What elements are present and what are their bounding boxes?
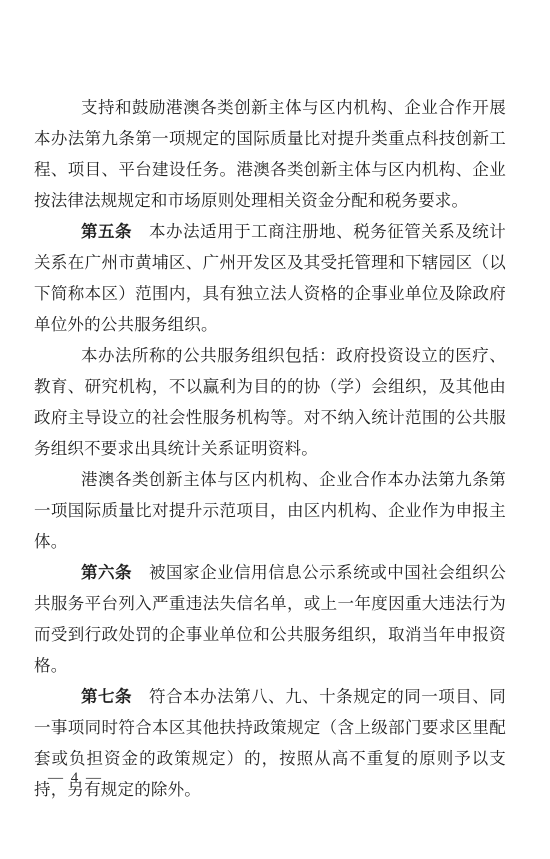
clause-number: 第七条 — [81, 687, 132, 706]
document-body: 支持和鼓励港澳各类创新主体与区内机构、企业合作开展本办法第九条第一项规定的国际质… — [34, 92, 506, 805]
paragraph: 第六条被国家企业信用信息公示系统或中国社会组织公共服务平台列入严重违法失信名单，… — [34, 557, 506, 681]
paragraph: 港澳各类创新主体与区内机构、企业合作本办法第九条第一项国际质量比对提升示范项目，… — [34, 464, 506, 557]
clause-number: 第六条 — [81, 563, 132, 582]
paragraph-text: 支持和鼓励港澳各类创新主体与区内机构、企业合作开展本办法第九条第一项规定的国际质… — [34, 98, 506, 210]
document-page: 支持和鼓励港澳各类创新主体与区内机构、企业合作开展本办法第九条第一项规定的国际质… — [0, 0, 550, 859]
clause-number: 第五条 — [81, 222, 132, 241]
paragraph-text: 本办法所称的公共服务组织包括：政府投资设立的医疗、教育、研究机构，不以赢利为目的… — [34, 346, 506, 458]
paragraph: 第七条符合本办法第八、九、十条规定的同一项目、同一事项同时符合本区其他扶持政策规… — [34, 681, 506, 805]
page-number: — 4 — — [48, 770, 103, 786]
paragraph-text: 港澳各类创新主体与区内机构、企业合作本办法第九条第一项国际质量比对提升示范项目，… — [34, 470, 506, 551]
paragraph: 本办法所称的公共服务组织包括：政府投资设立的医疗、教育、研究机构，不以赢利为目的… — [34, 340, 506, 464]
page-footer: — 4 — — [48, 770, 103, 787]
paragraph: 第五条本办法适用于工商注册地、税务征管关系及统计关系在广州市黄埔区、广州开发区及… — [34, 216, 506, 340]
paragraph: 支持和鼓励港澳各类创新主体与区内机构、企业合作开展本办法第九条第一项规定的国际质… — [34, 92, 506, 216]
